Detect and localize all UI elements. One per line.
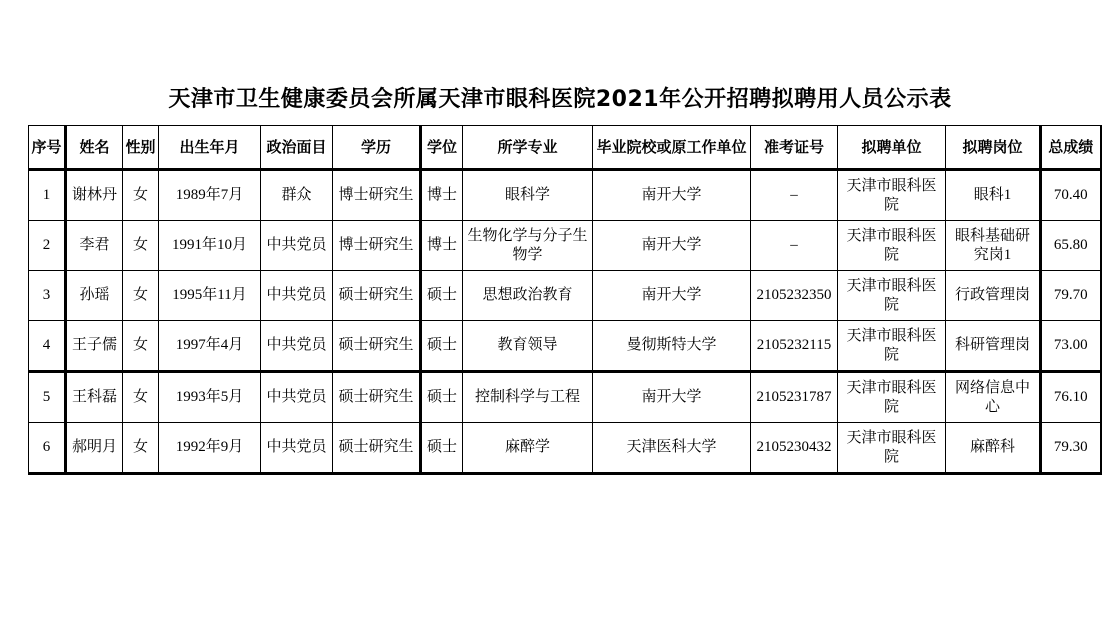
column-header: 拟聘岗位: [946, 126, 1041, 170]
table-cell: 硕士: [421, 372, 463, 423]
table-cell: 中共党员: [261, 321, 333, 372]
table-cell: 眼科学: [463, 170, 593, 221]
table-cell: 眼科基础研究岗1: [946, 221, 1041, 271]
table-cell: 2105232350: [751, 271, 838, 321]
table-cell: 5: [29, 372, 66, 423]
table-cell: 天津市眼科医院: [838, 423, 946, 474]
table-row: 6郝明月女1992年9月中共党员硕士研究生硕士麻醉学天津医科大学21052304…: [29, 423, 1101, 474]
table-cell: 科研管理岗: [946, 321, 1041, 372]
table-cell: 谢林丹: [66, 170, 123, 221]
table-cell: 群众: [261, 170, 333, 221]
table-cell: 1991年10月: [159, 221, 261, 271]
table-cell: 女: [123, 423, 159, 474]
column-header: 拟聘单位: [838, 126, 946, 170]
table-row: 2李君女1991年10月中共党员博士研究生博士生物化学与分子生物学南开大学–天津…: [29, 221, 1101, 271]
column-header: 所学专业: [463, 126, 593, 170]
table-cell: 女: [123, 321, 159, 372]
table-cell: 硕士: [421, 321, 463, 372]
column-header: 总成绩: [1041, 126, 1101, 170]
column-header: 学历: [333, 126, 421, 170]
table-cell: 3: [29, 271, 66, 321]
table-cell: 天津医科大学: [593, 423, 751, 474]
table-cell: 76.10: [1041, 372, 1101, 423]
table-cell: 天津市眼科医院: [838, 372, 946, 423]
table-cell: 70.40: [1041, 170, 1101, 221]
table-cell: 女: [123, 221, 159, 271]
table-cell: 硕士研究生: [333, 372, 421, 423]
table-cell: 4: [29, 321, 66, 372]
table-cell: 思想政治教育: [463, 271, 593, 321]
table-body: 1谢林丹女1989年7月群众博士研究生博士眼科学南开大学–天津市眼科医院眼科17…: [29, 170, 1101, 474]
table-cell: 1995年11月: [159, 271, 261, 321]
table-cell: 73.00: [1041, 321, 1101, 372]
table-cell: 硕士: [421, 271, 463, 321]
table-cell: –: [751, 170, 838, 221]
table-cell: 硕士研究生: [333, 423, 421, 474]
table-cell: 天津市眼科医院: [838, 321, 946, 372]
table-cell: 1993年5月: [159, 372, 261, 423]
table-cell: 1992年9月: [159, 423, 261, 474]
table-header-row: 序号姓名性别出生年月政治面目学历学位所学专业毕业院校或原工作单位准考证号拟聘单位…: [29, 126, 1101, 170]
table-cell: 行政管理岗: [946, 271, 1041, 321]
column-header: 毕业院校或原工作单位: [593, 126, 751, 170]
table-cell: 2105232115: [751, 321, 838, 372]
table-cell: 控制科学与工程: [463, 372, 593, 423]
table-cell: 2105231787: [751, 372, 838, 423]
recruitment-roster-table: 序号姓名性别出生年月政治面目学历学位所学专业毕业院校或原工作单位准考证号拟聘单位…: [28, 125, 1102, 475]
table-cell: 教育领导: [463, 321, 593, 372]
table-cell: 生物化学与分子生物学: [463, 221, 593, 271]
table-cell: 硕士研究生: [333, 321, 421, 372]
table-header: 序号姓名性别出生年月政治面目学历学位所学专业毕业院校或原工作单位准考证号拟聘单位…: [29, 126, 1101, 170]
column-header: 学位: [421, 126, 463, 170]
table-cell: 天津市眼科医院: [838, 170, 946, 221]
column-header: 政治面目: [261, 126, 333, 170]
table-cell: 眼科1: [946, 170, 1041, 221]
table-cell: 南开大学: [593, 221, 751, 271]
table-cell: 博士研究生: [333, 221, 421, 271]
table-cell: 1: [29, 170, 66, 221]
table-cell: 天津市眼科医院: [838, 271, 946, 321]
table-row: 5王科磊女1993年5月中共党员硕士研究生硕士控制科学与工程南开大学210523…: [29, 372, 1101, 423]
table-cell: 中共党员: [261, 423, 333, 474]
table-row: 3孙瑶女1995年11月中共党员硕士研究生硕士思想政治教育南开大学2105232…: [29, 271, 1101, 321]
table-cell: 南开大学: [593, 170, 751, 221]
table-cell: 女: [123, 372, 159, 423]
table-cell: 1989年7月: [159, 170, 261, 221]
table-cell: 女: [123, 170, 159, 221]
table-cell: 6: [29, 423, 66, 474]
column-header: 序号: [29, 126, 66, 170]
table-cell: 中共党员: [261, 372, 333, 423]
table-cell: 王子儒: [66, 321, 123, 372]
table-cell: 硕士: [421, 423, 463, 474]
table-cell: 2105230432: [751, 423, 838, 474]
table-cell: 网络信息中心: [946, 372, 1041, 423]
table-cell: 1997年4月: [159, 321, 261, 372]
column-header: 性别: [123, 126, 159, 170]
table-cell: 王科磊: [66, 372, 123, 423]
page-title: 天津市卫生健康委员会所属天津市眼科医院2021年公开招聘拟聘用人员公示表: [0, 82, 1120, 113]
table-cell: 曼彻斯特大学: [593, 321, 751, 372]
table-cell: 79.30: [1041, 423, 1101, 474]
table-cell: 女: [123, 271, 159, 321]
table-cell: 博士: [421, 221, 463, 271]
table-cell: 南开大学: [593, 372, 751, 423]
table-row: 1谢林丹女1989年7月群众博士研究生博士眼科学南开大学–天津市眼科医院眼科17…: [29, 170, 1101, 221]
column-header: 姓名: [66, 126, 123, 170]
column-header: 出生年月: [159, 126, 261, 170]
table-cell: 2: [29, 221, 66, 271]
table-cell: 博士研究生: [333, 170, 421, 221]
table-cell: 79.70: [1041, 271, 1101, 321]
table-cell: 中共党员: [261, 221, 333, 271]
table-cell: 天津市眼科医院: [838, 221, 946, 271]
column-header: 准考证号: [751, 126, 838, 170]
table-cell: 中共党员: [261, 271, 333, 321]
table-cell: 李君: [66, 221, 123, 271]
table-cell: 郝明月: [66, 423, 123, 474]
table-cell: 南开大学: [593, 271, 751, 321]
table-cell: 博士: [421, 170, 463, 221]
table-cell: –: [751, 221, 838, 271]
table-cell: 麻醉学: [463, 423, 593, 474]
table-cell: 麻醉科: [946, 423, 1041, 474]
table-cell: 孙瑶: [66, 271, 123, 321]
table-cell: 硕士研究生: [333, 271, 421, 321]
table-cell: 65.80: [1041, 221, 1101, 271]
table-row: 4王子儒女1997年4月中共党员硕士研究生硕士教育领导曼彻斯特大学2105232…: [29, 321, 1101, 372]
